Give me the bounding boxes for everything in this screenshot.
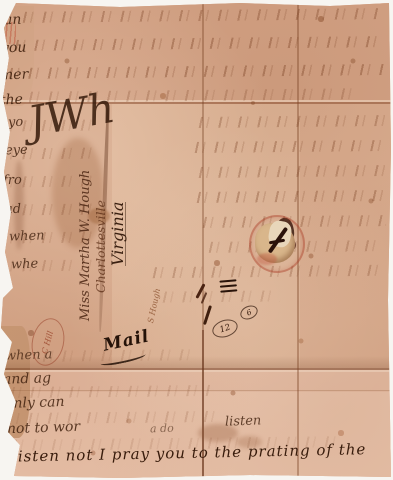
- margin-word: not to wor: [7, 419, 81, 438]
- margin-word: yo: [8, 115, 24, 131]
- bleed-row: [196, 115, 386, 128]
- margin-word: fro: [3, 173, 22, 189]
- margin-word: a do: [150, 422, 174, 436]
- margin-word: only can: [5, 394, 65, 412]
- fold-highlight-bottom: [0, 370, 393, 372]
- triple-dash-mark: [219, 279, 237, 295]
- margin-word: an: [4, 12, 22, 29]
- margin-word: ad: [5, 202, 22, 218]
- seal-red-smear: [257, 253, 277, 265]
- address-line: Virginia: [110, 202, 126, 266]
- bleed-row: [196, 165, 388, 178]
- margin-word: eye: [5, 143, 28, 159]
- bleed-row: [192, 140, 388, 153]
- letter-scan: an you mer the yo eye fro ad when whe wh…: [0, 0, 393, 480]
- margin-word: whe: [11, 257, 39, 273]
- address-block: Miss Martha W. Hough Charlottesville Vir…: [78, 131, 188, 321]
- margin-word: when: [9, 228, 45, 244]
- letter-paper: an you mer the yo eye fro ad when whe wh…: [0, 0, 393, 480]
- margin-word: and ag: [3, 370, 52, 388]
- oval-stamp-text: C Hill: [40, 330, 55, 355]
- margin-word: listen: [225, 413, 262, 429]
- margin-word: the: [0, 92, 23, 109]
- bleed-row: [194, 190, 388, 203]
- address-line: Charlottesville: [93, 131, 108, 293]
- margin-word: you: [1, 40, 27, 57]
- address-line: Miss Martha W. Hough: [78, 131, 93, 321]
- margin-word: mer: [0, 67, 29, 84]
- foxing-specks: [0, 0, 2, 2]
- wax-seal-remnant: [249, 215, 305, 273]
